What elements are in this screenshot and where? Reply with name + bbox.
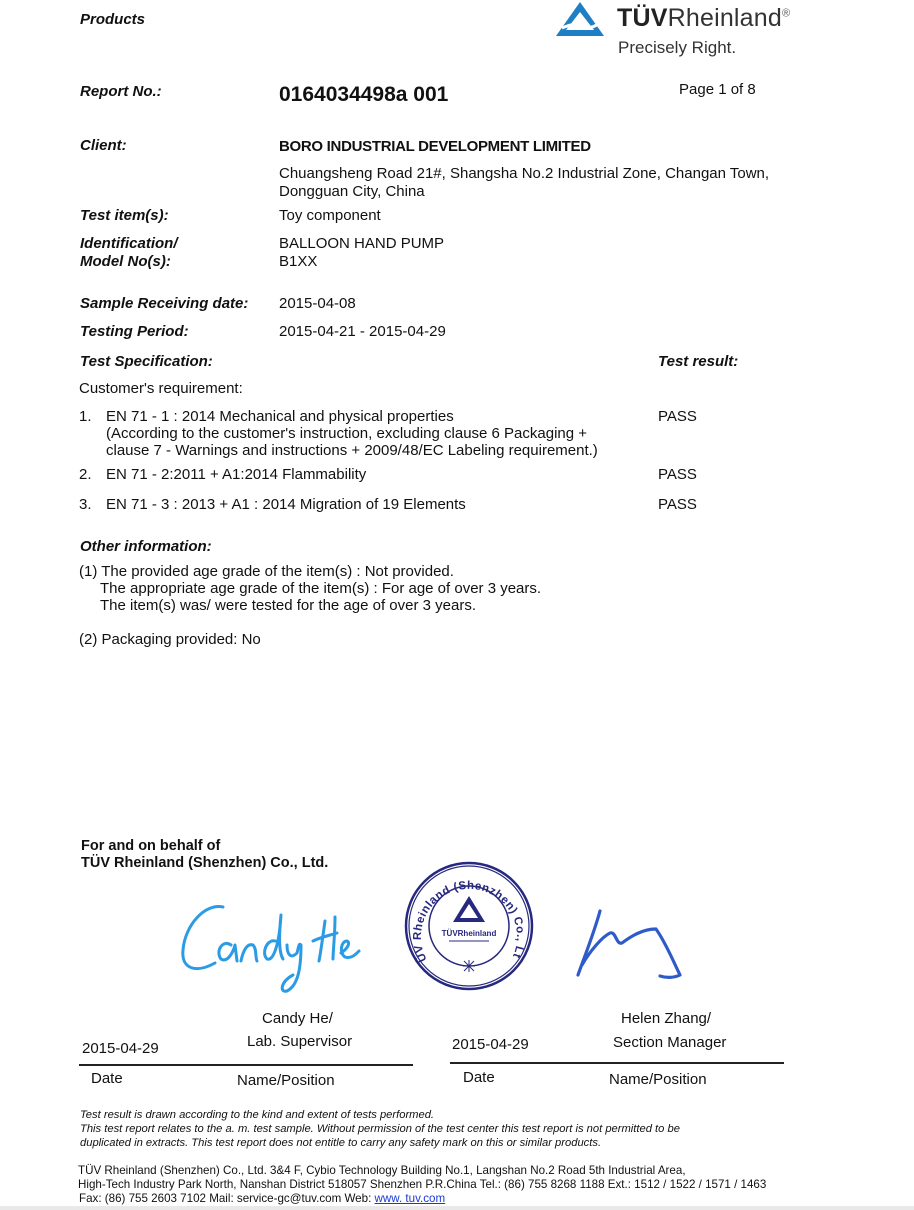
company-stamp-icon: TÜV Rheinland (Shenzhen) Co., Ltd. TÜVRh… (403, 860, 535, 992)
behalf-line1: For and on behalf of (81, 838, 220, 854)
right-date-caption: Date (463, 1069, 495, 1086)
sample-receiving-label: Sample Receiving date: (80, 295, 248, 312)
left-signatory-name: Candy He/ (262, 1010, 333, 1027)
model-no-value: B1XX (279, 253, 317, 270)
left-date-caption: Date (91, 1070, 123, 1087)
spec-item-result: PASS (658, 466, 697, 483)
client-address-line1: Chuangsheng Road 21#, Shangsha No.2 Indu… (279, 165, 769, 182)
spec-item-line: EN 71 - 1 : 2014 Mechanical and physical… (106, 408, 454, 425)
other-info-item1-line1: (1) The provided age grade of the item(s… (79, 563, 454, 580)
footer-note-line1: Test result is drawn according to the ki… (80, 1108, 434, 1122)
right-name-caption: Name/Position (609, 1071, 707, 1088)
footer-address-line1: TÜV Rheinland (Shenzhen) Co., Ltd. 3&4 F… (78, 1164, 686, 1179)
page-indicator: Page 1 of 8 (679, 81, 756, 98)
other-info-item1-line2: The appropriate age grade of the item(s)… (100, 580, 541, 597)
web-link[interactable]: www. tuv.com (375, 1192, 446, 1205)
test-items-value: Toy component (279, 207, 381, 224)
identification-label: Identification/ (80, 235, 178, 252)
spec-item-line: EN 71 - 3 : 2013 + A1 : 2014 Migration o… (106, 496, 466, 513)
model-no-label: Model No(s): (80, 253, 171, 270)
footer-note-line3: duplicated in extracts. This test report… (80, 1136, 601, 1150)
footer-contact: Fax: (86) 755 2603 7102 Mail: service-gc… (79, 1192, 445, 1207)
behalf-line2: TÜV Rheinland (Shenzhen) Co., Ltd. (81, 855, 328, 871)
client-label: Client: (80, 137, 127, 154)
left-name-caption: Name/Position (237, 1072, 335, 1089)
spec-item-line: (According to the customer's instruction… (106, 425, 587, 442)
spec-item-number: 2. (79, 466, 92, 483)
other-info-item1-line3: The item(s) was/ were tested for the age… (100, 597, 476, 614)
right-signatory-name: Helen Zhang/ (621, 1010, 711, 1027)
other-information-heading: Other information: (80, 538, 212, 555)
spec-item-number: 3. (79, 496, 92, 513)
page-bottom-edge (0, 1206, 914, 1210)
tuv-triangle-logo-icon (552, 0, 608, 40)
other-info-item2: (2) Packaging provided: No (79, 631, 261, 648)
signature-helen-zhang-icon (570, 903, 695, 983)
test-result-heading: Test result: (658, 353, 738, 370)
client-address-line2: Dongguan City, China (279, 183, 425, 200)
spec-item-result: PASS (658, 408, 697, 425)
stamp-center-text: TÜVRheinland (442, 929, 497, 938)
test-specification-heading: Test Specification: (80, 353, 213, 370)
report-no-label: Report No.: (80, 83, 162, 100)
left-signatory-position: Lab. Supervisor (247, 1033, 352, 1050)
customer-requirement-intro: Customer's requirement: (79, 380, 243, 397)
right-signature-line (450, 1062, 784, 1064)
spec-item-number: 1. (79, 408, 92, 425)
right-signatory-date: 2015-04-29 (452, 1036, 529, 1053)
sample-receiving-value: 2015-04-08 (279, 295, 356, 312)
spec-item-line: EN 71 - 2:2011 + A1:2014 Flammability (106, 466, 366, 483)
footer-address-line2: High-Tech Industry Park North, Nanshan D… (78, 1178, 766, 1193)
testing-period-label: Testing Period: (80, 323, 189, 340)
logo-tagline: Precisely Right. (618, 38, 736, 58)
spec-item-line: clause 7 - Warnings and instructions + 2… (106, 442, 598, 459)
logo-brand: TÜVRheinland® (617, 4, 790, 33)
footer-contact-text: Fax: (86) 755 2603 7102 Mail: service-gc… (79, 1192, 375, 1205)
identification-value: BALLOON HAND PUMP (279, 235, 444, 252)
spec-item-result: PASS (658, 496, 697, 513)
test-items-label: Test item(s): (80, 207, 169, 224)
testing-period-value: 2015-04-21 - 2015-04-29 (279, 323, 446, 340)
right-signatory-position: Section Manager (613, 1034, 726, 1051)
client-name: BORO INDUSTRIAL DEVELOPMENT LIMITED (279, 138, 591, 155)
left-signatory-date: 2015-04-29 (82, 1040, 159, 1057)
section-title: Products (80, 11, 145, 28)
left-signature-line (79, 1064, 413, 1066)
report-number: 0164034498a 001 (279, 83, 448, 107)
signature-candy-he-icon (175, 895, 365, 1000)
footer-note-line2: This test report relates to the a. m. te… (80, 1122, 680, 1136)
